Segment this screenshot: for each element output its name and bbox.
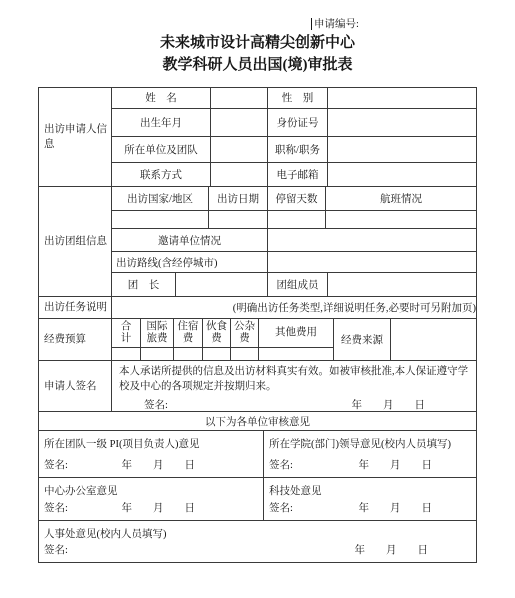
budget-lodging-input-cell[interactable] [174,348,202,360]
members-input-cell[interactable] [328,273,476,296]
name-input-cell[interactable] [211,88,268,108]
country-input-cell[interactable] [112,211,209,228]
review-cell-college: 所在学院(部门)领导意见(校内人员填写) 签名: 年 月 日 [264,431,476,477]
members-label: 团组成员 [268,273,328,296]
review-college-title: 所在学院(部门)领导意见(校内人员填写) [269,436,470,451]
application-number: 申请编号: [311,16,359,31]
application-number-label: 申请编号: [314,16,359,31]
leader-input-cell[interactable] [176,273,268,296]
section-label-task: 出访任务说明 [39,297,112,318]
email-input-cell[interactable] [328,163,476,186]
review-pi-date-label[interactable]: 年 月 日 [122,457,196,472]
route-input-cell[interactable] [268,252,476,272]
row-unit-title: 所在单位及团队 职称/职务 [112,137,476,164]
budget-total-input-cell[interactable] [112,348,140,360]
row-birth-id: 出生年月 身份证号 [112,109,476,137]
signature-pledge-cell: 本人承诺所提供的信息及出访材料真实有效。如被审核批准,本人保证遵守学校及中心的各… [112,361,476,411]
row-inviter: 邀请单位情况 [112,229,476,253]
name-label: 姓 名 [112,88,211,108]
section-label-signature: 申请人签名 [39,361,112,411]
review-center-office-sign-label[interactable]: 签名: [44,500,68,515]
gender-input-cell[interactable] [328,88,476,108]
review-hr-date-label[interactable]: 年 月 日 [355,542,429,557]
row-name-gender: 姓 名 性 别 [112,88,476,109]
birthdate-label: 出生年月 [112,109,211,136]
review-cell-center-office: 中心办公室意见 签名: 年 月 日 [39,478,264,520]
stay-days-label: 停留天数 [268,187,326,210]
review-banner: 以下为各单位审核意见 [39,412,476,431]
budget-other-input-cell[interactable] [259,348,333,360]
contact-input-cell[interactable] [211,163,268,186]
budget-meals-input-cell[interactable] [203,348,230,360]
route-label: 出访路线(含经停城市) [112,252,268,272]
budget-meals-label: 伙食 费 [203,319,230,348]
review-row-2: 中心办公室意见 签名: 年 月 日 科技处意见 签名: 年 月 日 [39,478,476,521]
unit-team-label: 所在单位及团队 [112,137,211,163]
budget-misc-label: 公杂 费 [231,319,258,348]
approval-form-table: 出访申请人信息 姓 名 性 别 出生年月 身份证号 所在单位及团队 职称/职务 [38,87,477,563]
budget-col-meals: 伙食 费 [203,319,231,360]
flight-info-input-cell[interactable] [326,211,476,228]
pledge-text: 本人承诺所提供的信息及出访材料真实有效。如被审核批准,本人保证遵守学校及中心的各… [119,364,470,394]
signature-date-label[interactable]: 年 月 日 [352,397,426,412]
budget-col-other: 其他费用 [259,319,334,360]
review-sci-tech-sign-label[interactable]: 签名: [269,500,293,515]
review-cell-pi: 所在团队一级 PI(项目负责人)意见 签名: 年 月 日 [39,431,264,477]
budget-source-label: 经费来源 [334,319,391,360]
caret-mark-icon [311,18,312,30]
row-contact-email: 联系方式 电子邮箱 [112,163,476,186]
section-applicant-signature: 申请人签名 本人承诺所提供的信息及出访材料真实有效。如被审核批准,本人保证遵守学… [39,361,476,412]
review-college-date-label[interactable]: 年 月 日 [359,457,433,472]
review-college-sign-label[interactable]: 签名: [269,457,293,472]
review-cell-sci-tech: 科技处意见 签名: 年 月 日 [264,478,476,520]
review-sci-tech-title: 科技处意见 [269,483,470,498]
gender-label: 性 别 [268,88,328,108]
flight-info-label: 航班情况 [326,187,476,210]
review-center-office-title: 中心办公室意见 [44,483,257,498]
approval-form-document: { "header": { "application_no_label": "申… [0,0,515,598]
job-title-label: 职称/职务 [268,137,328,163]
row-trip-headers: 出访国家/地区 出访日期 停留天数 航班情况 [112,187,476,211]
trip-date-input-cell[interactable] [209,211,268,228]
budget-lodging-label: 住宿 费 [174,319,202,348]
budget-col-misc: 公杂 费 [231,319,259,360]
budget-intl-travel-input-cell[interactable] [141,348,173,360]
id-number-label: 身份证号 [268,109,328,136]
review-row-1: 所在团队一级 PI(项目负责人)意见 签名: 年 月 日 所在学院(部门)领导意… [39,431,476,478]
id-number-input-cell[interactable] [328,109,476,136]
row-leader-members: 团 长 团组成员 [112,273,476,296]
budget-col-intl-travel: 国际 旅费 [141,319,174,360]
budget-col-lodging: 住宿 费 [174,319,203,360]
job-title-input-cell[interactable] [328,137,476,163]
unit-team-input-cell[interactable] [211,137,268,163]
country-label: 出访国家/地区 [112,187,209,210]
leader-label: 团 长 [112,273,176,296]
task-note: (明确出访任务类型,详细说明任务,必要时可另附加页) [112,297,476,318]
form-title-line1: 未来城市设计高精尖创新中心 [0,31,515,52]
budget-total-label: 合 计 [112,319,140,348]
section-applicant-info: 出访申请人信息 姓 名 性 别 出生年月 身份证号 所在单位及团队 职称/职务 [39,88,476,187]
email-label: 电子邮箱 [268,163,328,186]
review-cell-hr: 人事处意见(校内人员填写) 签名: 年 月 日 [39,521,476,562]
contact-label: 联系方式 [112,163,211,186]
review-pi-sign-label[interactable]: 签名: [44,457,68,472]
section-budget: 经费预算 合 计 国际 旅费 住宿 费 伙食 费 公杂 费 [39,319,476,361]
section-label-delegation: 出访团组信息 [39,187,112,296]
inviter-label: 邀请单位情况 [112,229,268,252]
inviter-input-cell[interactable] [268,229,476,252]
section-task-description: 出访任务说明 (明确出访任务类型,详细说明任务,必要时可另附加页) [39,297,476,319]
budget-col-total: 合 计 [112,319,141,360]
budget-other-label: 其他费用 [259,319,333,348]
review-center-office-date-label[interactable]: 年 月 日 [122,500,196,515]
form-title-line2: 教学科研人员出国(境)审批表 [0,53,515,74]
budget-source-input-cell[interactable] [391,319,476,360]
signature-sign-label[interactable]: 签名: [144,397,168,412]
budget-intl-travel-label: 国际 旅费 [141,319,173,348]
section-delegation-info: 出访团组信息 出访国家/地区 出访日期 停留天数 航班情况 邀请单位情况 出访路… [39,187,476,297]
stay-days-input-cell[interactable] [268,211,326,228]
section-label-budget: 经费预算 [39,319,112,360]
review-row-3: 人事处意见(校内人员填写) 签名: 年 月 日 [39,521,476,562]
review-hr-sign-label[interactable]: 签名: [44,542,68,557]
row-route: 出访路线(含经停城市) [112,252,476,273]
review-pi-title: 所在团队一级 PI(项目负责人)意见 [44,436,257,451]
budget-misc-input-cell[interactable] [231,348,258,360]
row-trip-values [112,211,476,229]
section-label-applicant: 出访申请人信息 [39,88,112,186]
trip-date-label: 出访日期 [209,187,268,210]
review-hr-title: 人事处意见(校内人员填写) [44,526,470,541]
review-sci-tech-date-label[interactable]: 年 月 日 [359,500,433,515]
birthdate-input-cell[interactable] [211,109,268,136]
